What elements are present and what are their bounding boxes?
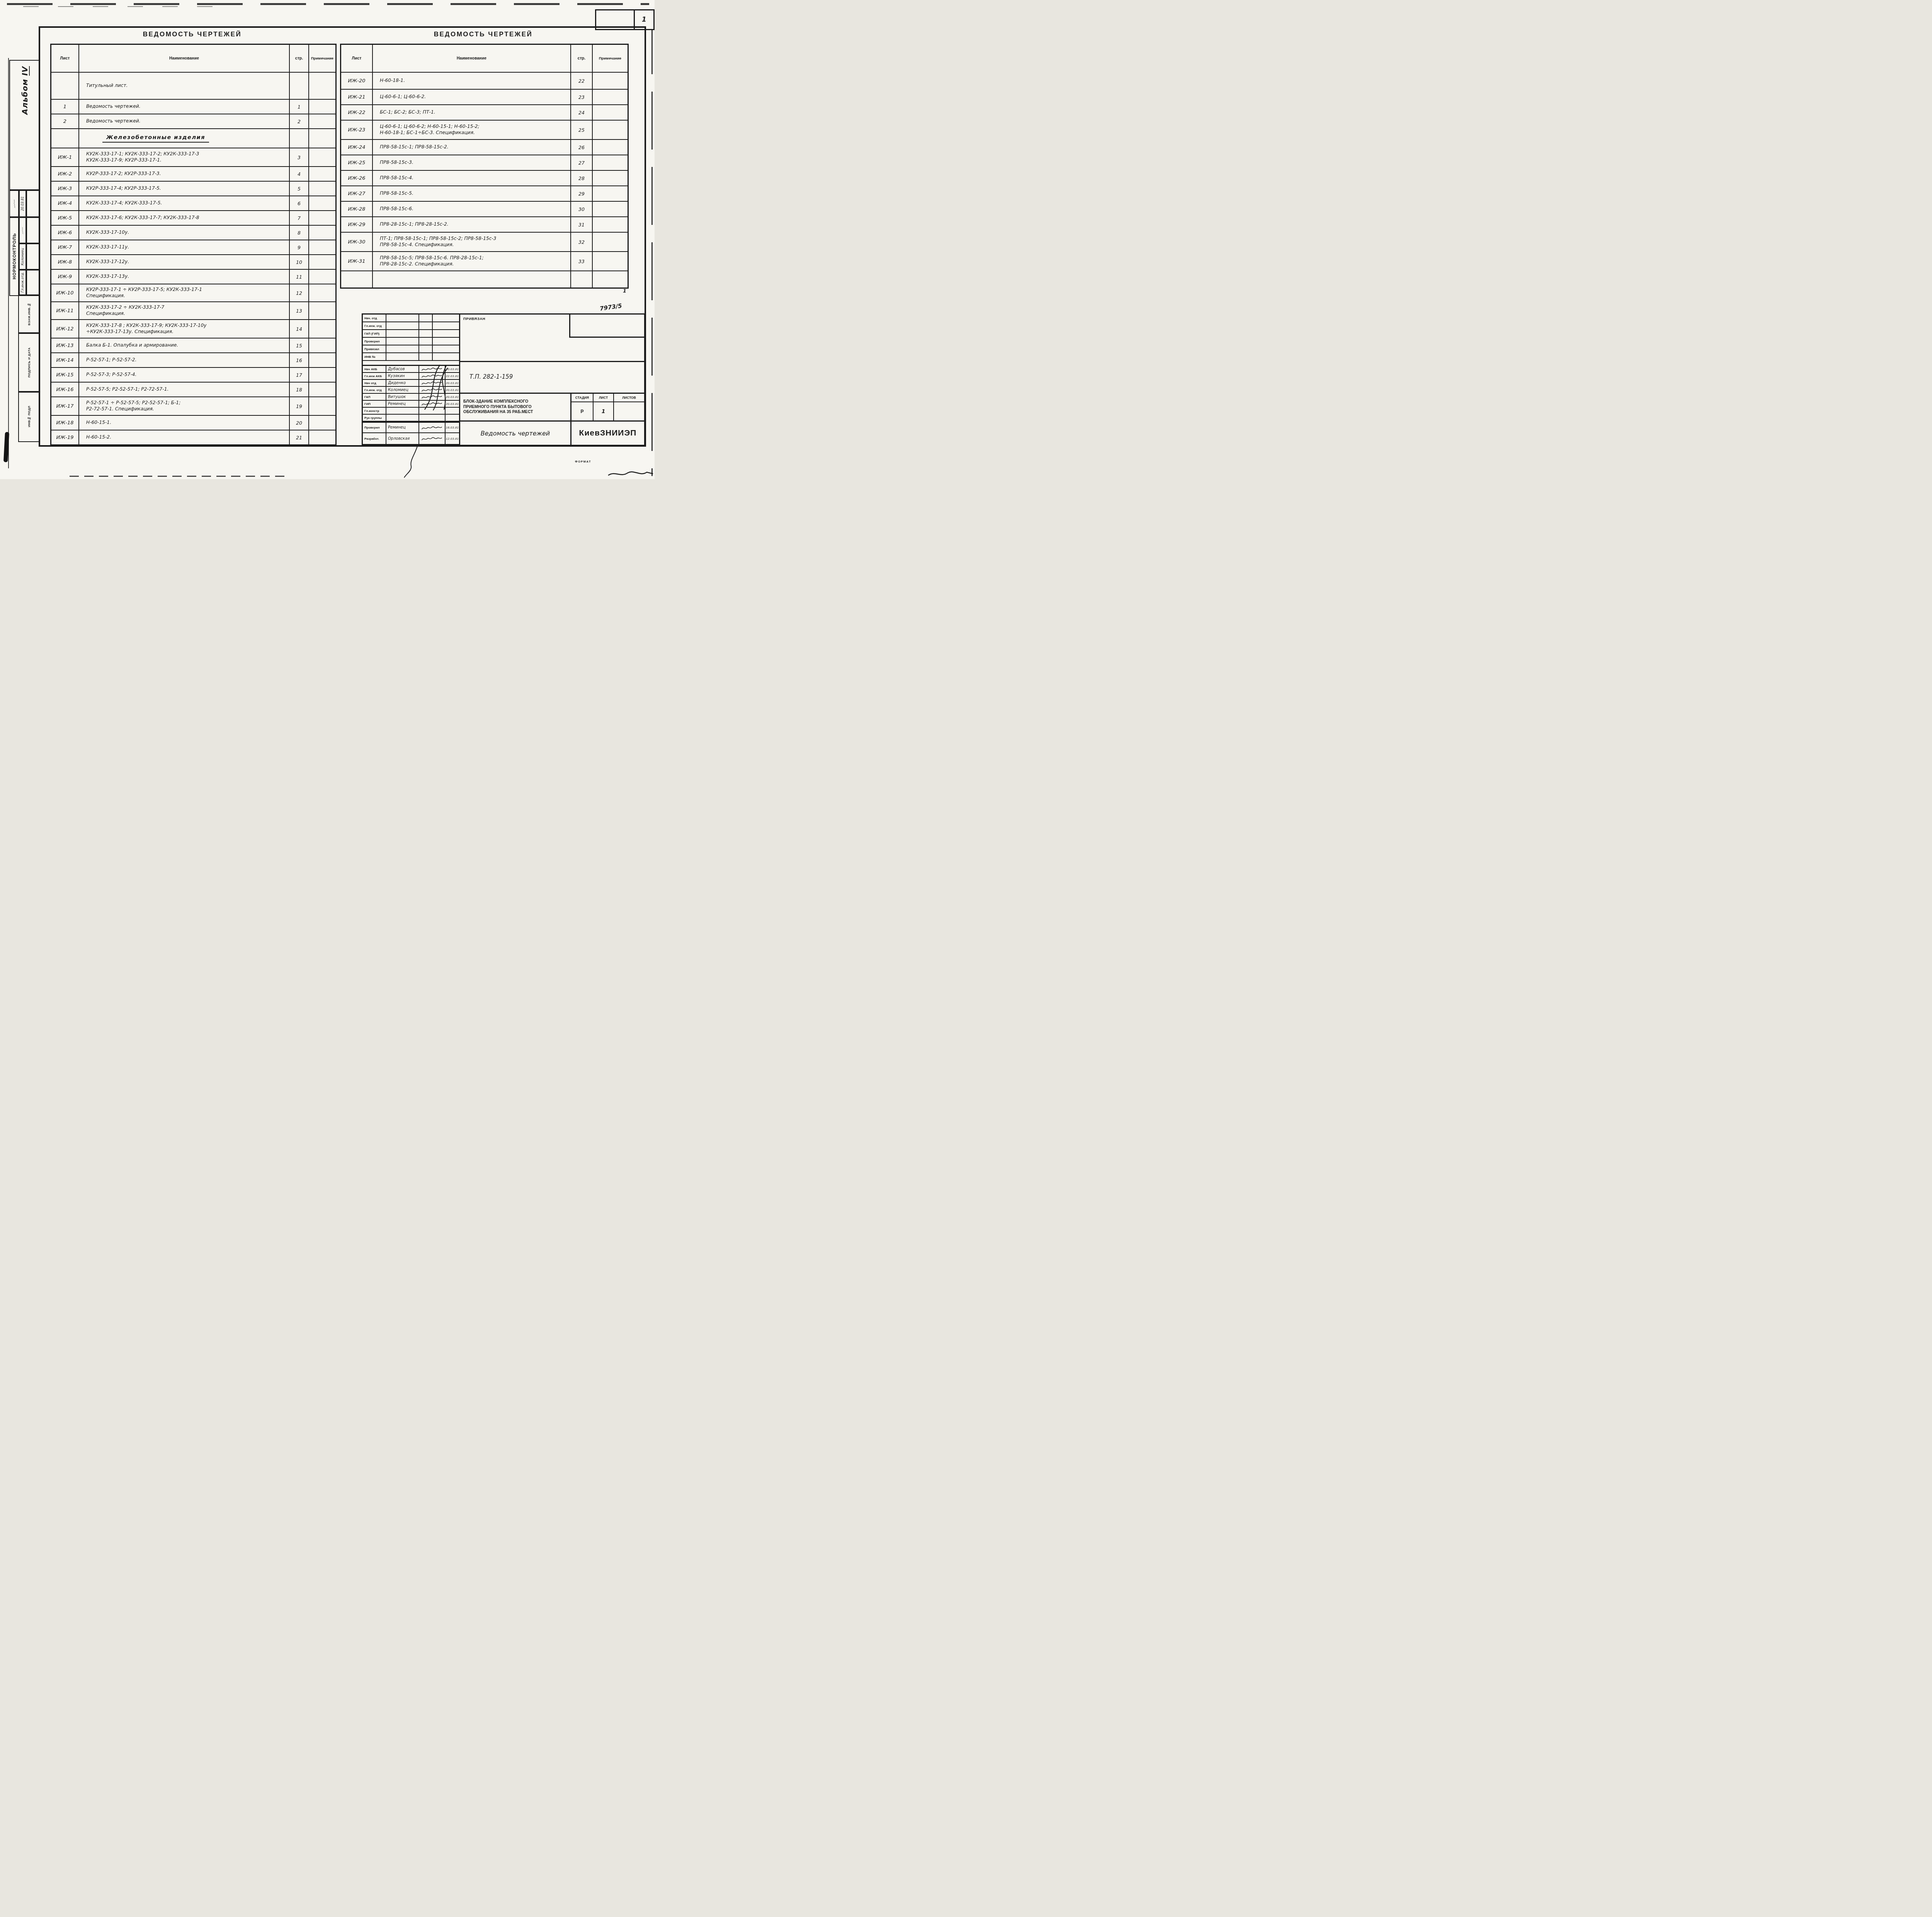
page-cell: 14 (289, 320, 308, 338)
page-cell: 5 (289, 182, 308, 196)
signature-icon (12, 199, 17, 208)
name-cell: БС-1; БС-2; БС-3; ПТ-1. (372, 105, 570, 120)
drawing-register-table-left: Лист Наименование стр. Примечание Титуль… (50, 44, 337, 446)
name-line: ПТ-1; ПР8-58-15с-1; ПР8-58-15с-2; ПР8-58… (380, 236, 568, 242)
approval-role: ГАП (ГИП) (363, 330, 386, 337)
page-cell (570, 271, 592, 287)
note-cell (308, 255, 335, 269)
podpis-data-box: ПОДПИСЬ И ДАТА (18, 332, 40, 393)
organization-name: КиевЗНИИЭП (570, 422, 644, 445)
page-cell: 4 (289, 167, 308, 181)
header-name: Наименование (78, 45, 289, 72)
scan-edge-left (8, 58, 9, 468)
stage-header-listov: ЛИСТОВ (613, 394, 644, 401)
page-cell (289, 129, 308, 148)
approval-empty-cell (432, 322, 459, 329)
sheet-code-cell: ИЖ-5 (51, 211, 78, 225)
table-row: ИЖ-14Р-52-57-1; Р-52-57-2.16 (51, 352, 335, 367)
name-line: Балка Б-1. Опалубка и армирование. (86, 342, 287, 349)
approval-empty-cell (386, 338, 418, 345)
sheet-code-cell: 1 (51, 100, 78, 114)
stage-header-stadiya: СТАДИЯ (571, 394, 593, 401)
name-cell: ПР8-58-15с-5. (372, 186, 570, 201)
sheet-code-cell: ИЖ-30 (341, 233, 372, 251)
note-cell (308, 167, 335, 181)
page-cell: 27 (570, 155, 592, 170)
table-row: ИЖ-9КУ2К-333-17-13у.11 (51, 269, 335, 284)
handwritten-mark: 1 (623, 288, 626, 294)
table-row: Титульный лист. (51, 72, 335, 99)
staff-role: Нач отд (363, 380, 386, 386)
name-line: ПР8-58-15с-5. (380, 191, 568, 197)
scan-edge-right (651, 16, 653, 476)
sheet-code-cell: ИЖ-29 (341, 217, 372, 232)
sheet-value: 1 (593, 402, 613, 420)
staff-name: Орловская (386, 433, 418, 444)
name-cell: ПР8-58-15с-4. (372, 171, 570, 185)
podpis-data-label: ПОДПИСЬ И ДАТА (27, 347, 31, 378)
name-line: Н-60-18-1; БС-1÷БС-3. Спецификация. (380, 130, 568, 136)
name-cell: ПР8-28-15с-1; ПР8-28-15с-2. (372, 217, 570, 232)
staff-role: Проверил (363, 423, 386, 432)
note-cell (308, 114, 335, 128)
approval-empty-cell (432, 345, 459, 352)
page-cell: 15 (289, 338, 308, 352)
name-cell: КУ2Р-333-17-1 ÷ КУ2Р-333-17-5; КУ2К-333-… (78, 284, 289, 301)
table-row: ИЖ-1КУ2К-333-17-1; КУ2К-333-17-2; КУ2К-3… (51, 148, 335, 166)
table-row: ИЖ-17Р-52-57-1 ÷ Р-52-57-5; Р2-52-57-1; … (51, 396, 335, 415)
name-line: Р2-72-57-1. Спецификация. (86, 406, 287, 412)
staff-role: ГАП (363, 394, 386, 400)
name-line: КУ2Р-333-17-2; КУ2Р-333-17-3. (86, 171, 287, 177)
name-line: КУ2К-333-17-1; КУ2К-333-17-2; КУ2К-333-1… (86, 151, 287, 157)
sheet-code-cell: ИЖ-6 (51, 226, 78, 240)
table-row: ИЖ-2КУ2Р-333-17-2; КУ2Р-333-17-3.4 (51, 166, 335, 181)
table-row: ИЖ-22БС-1; БС-2; БС-3; ПТ-1.24 (341, 104, 628, 120)
name-cell: Балка Б-1. Опалубка и армирование. (78, 338, 289, 352)
table-row: ИЖ-16Р-52-57-5; Р2-52-57-1; Р2-72-57-1.1… (51, 382, 335, 396)
page-cell: 25 (570, 121, 592, 139)
staff-date: 16.03.81 (445, 423, 459, 432)
approval-row: ГАП (ГИП) (363, 330, 459, 338)
name-cell: Ц-60-6-1; Ц-60-6-2. (372, 90, 570, 104)
approval-empty-cell (418, 330, 432, 337)
page-cell: 28 (570, 171, 592, 185)
table-row: 2Ведомость чертежей.2 (51, 114, 335, 128)
table-header-row: Лист Наименование стр. Примечание (341, 45, 628, 72)
note-cell (308, 182, 335, 196)
approval-role: Проверил (363, 338, 386, 345)
name-cell: КУ2К-333-17-4; КУ2К-333-17-5. (78, 196, 289, 210)
name-line: КУ2К-333-17-11у. (86, 244, 287, 250)
page-cell: 26 (570, 140, 592, 155)
name-line: Н-60-15-1. (86, 420, 287, 426)
project-name-line: БЛОК-ЗДАНИЕ КОМПЛЕКСНОГО (463, 399, 570, 405)
name-line: ПР8-58-15с-6. (380, 206, 568, 212)
page-cell: 22 (570, 73, 592, 89)
page-cell: 3 (289, 148, 308, 166)
name-line: КУ2Р-333-17-1 ÷ КУ2Р-333-17-5; КУ2К-333-… (86, 287, 287, 293)
approval-empty-cell (432, 353, 459, 360)
name-cell: КУ2К-333-17-2 ÷ КУ2К-333-17-7Спецификаци… (78, 302, 289, 319)
sheet-code-cell (341, 271, 372, 287)
staff-date: 12.03.81 (445, 433, 459, 444)
table-row: ИЖ-21Ц-60-6-1; Ц-60-6-2.23 (341, 89, 628, 104)
inv-podl-label: ИНВ№ ПОДЛ (27, 406, 31, 427)
name-cell: КУ2Р-333-17-2; КУ2Р-333-17-3. (78, 167, 289, 181)
name-cell: Р-52-57-1 ÷ Р-52-57-5; Р2-52-57-1; Б-1;Р… (78, 397, 289, 415)
sheet-code-cell: ИЖ-8 (51, 255, 78, 269)
normokontrol-role: Гл.инж.отд. (21, 272, 25, 293)
note-cell (308, 320, 335, 338)
sheet-code-cell: ИЖ-9 (51, 270, 78, 284)
note-cell (308, 368, 335, 382)
name-line: ПР8-58-15с-1; ПР8-58-15с-2. (380, 144, 568, 150)
name-line: Ведомость чертежей. (86, 104, 287, 110)
name-cell: КУ2К-333-17-11у. (78, 240, 289, 254)
header-name: Наименование (372, 45, 570, 72)
name-line: КУ2Р-333-17-4; КУ2Р-333-17-5. (86, 185, 287, 192)
stage-value-row: Р 1 (571, 402, 644, 420)
staff-name (386, 415, 418, 421)
name-line: ПР8-58-15с-4. (380, 175, 568, 181)
sheet-code-cell: ИЖ-31 (341, 252, 372, 270)
stage-header-row: СТАДИЯ ЛИСТ ЛИСТОВ (571, 394, 644, 402)
name-line: КУ2К-333-17-10у. (86, 230, 287, 236)
approval-empty-cell (386, 345, 418, 352)
project-name: БЛОК-ЗДАНИЕ КОМПЛЕКСНОГО ПРИЕМНОГО ПУНКТ… (460, 394, 570, 420)
name-line: КУ2К-333-17-12у. (86, 259, 287, 265)
margin-empty-cell (26, 216, 40, 244)
note-cell (308, 129, 335, 148)
sheet-code-cell: ИЖ-28 (341, 202, 372, 216)
table-row: ИЖ-25ПР8-58-15с-3.27 (341, 155, 628, 170)
note-cell (592, 186, 628, 201)
sheet-code-cell: ИЖ-16 (51, 383, 78, 396)
staff-role: Гл.инж АКБ (363, 373, 386, 379)
note-cell (308, 226, 335, 240)
name-line: ПР8-28-15с-1; ПР8-28-15с-2. (380, 221, 568, 228)
name-cell: КУ2К-333-17-13у. (78, 270, 289, 284)
sheet-code-cell: ИЖ-26 (341, 171, 372, 185)
name-line: Ведомость чертежей. (86, 118, 287, 124)
name-line: Р-52-57-1 ÷ Р-52-57-5; Р2-52-57-1; Б-1; (86, 400, 287, 406)
note-cell (592, 252, 628, 270)
name-cell: Р-52-57-5; Р2-52-57-1; Р2-72-57-1. (78, 383, 289, 396)
name-cell: КУ2Р-333-17-4; КУ2Р-333-17-5. (78, 182, 289, 196)
approval-empty-cell (418, 322, 432, 329)
note-cell (308, 302, 335, 319)
table-row: ИЖ-6КУ2К-333-17-10у.8 (51, 225, 335, 240)
sheet-code-cell (51, 73, 78, 99)
name-line: ПР8-58-15с-4. Спецификация. (380, 242, 568, 248)
header-page: стр. (570, 45, 592, 72)
name-line: КУ2К-333-17-6; КУ2К-333-17-7; КУ2К-333-1… (86, 215, 287, 221)
sheet-code-cell: ИЖ-17 (51, 397, 78, 415)
name-cell: Р-52-57-1; Р-52-57-2. (78, 353, 289, 367)
signature-icon (20, 227, 25, 234)
name-line: Н-60-15-2. (86, 434, 287, 441)
section-title: Железобетонные изделия (102, 134, 209, 143)
table-row: ИЖ-13Балка Б-1. Опалубка и армирование.1… (51, 338, 335, 352)
name-cell: Н-60-15-2. (78, 430, 289, 444)
table-row: ИЖ-26ПР8-58-15с-4.28 (341, 170, 628, 185)
page-cell: 32 (570, 233, 592, 251)
staff-role: Гл.констр (363, 408, 386, 414)
name-cell: ПР8-58-15с-1; ПР8-58-15с-2. (372, 140, 570, 155)
page-cell: 33 (570, 252, 592, 270)
name-cell: ПР8-58-15с-5; ПР8-58-15с-6. ПР8-28-15с-1… (372, 252, 570, 270)
page-cell: 20 (289, 416, 308, 430)
format-label: ФОРМАТ (575, 460, 591, 463)
page-cell: 29 (570, 186, 592, 201)
note-cell (308, 270, 335, 284)
type-project-number: Т.П. 282-1-159 (460, 361, 644, 394)
table-row: ИЖ-3КУ2Р-333-17-4; КУ2Р-333-17-5.5 (51, 181, 335, 196)
sheet-code-cell: ИЖ-14 (51, 353, 78, 367)
left-table-title: ВЕДОМОСТЬ ЧЕРТЕЖЕЙ (50, 29, 334, 39)
name-cell: Ц-60-6-1; Ц-60-6-2; Н-60-15-1; Н-60-15-2… (372, 121, 570, 139)
page-cell (289, 73, 308, 99)
note-cell (592, 155, 628, 170)
stage-value: Р (571, 402, 593, 420)
name-line: Р-52-57-3; Р-52-57-4. (86, 372, 287, 378)
note-cell (308, 430, 335, 444)
staff-signature-empty (418, 415, 445, 421)
section-row: Железобетонные изделия (51, 128, 335, 148)
page-cell: 10 (289, 255, 308, 269)
sheet-code-cell: ИЖ-2 (51, 167, 78, 181)
header-page: стр. (289, 45, 308, 72)
name-cell: КУ2К-333-17-8 ; КУ2К-333-17-9; КУ2К-333-… (78, 320, 289, 338)
name-line: ПР8-58-15с-3. (380, 160, 568, 166)
note-cell (592, 140, 628, 155)
note-cell (592, 202, 628, 216)
table-row: ИЖ-18Н-60-15-1.20 (51, 415, 335, 430)
privyazan-sub-box (569, 315, 644, 338)
document-title: Ведомость чертежей (460, 422, 570, 445)
margin-empty-cell (26, 243, 40, 270)
sheets-total-value (613, 402, 644, 420)
name-cell: ПР8-58-15с-6. (372, 202, 570, 216)
approval-empty-cell (386, 353, 418, 360)
normokontrol-name: Коломиец (21, 248, 25, 265)
staff-row: ПроверилРеминец16.03.81 (363, 422, 459, 433)
name-cell: ПР8-58-15с-3. (372, 155, 570, 170)
page-cell: 21 (289, 430, 308, 444)
staff-role: ГИП (363, 401, 386, 407)
note-cell (592, 271, 628, 287)
approval-row: Гл.инж. отд (363, 322, 459, 330)
note-cell (592, 90, 628, 104)
table-row: ИЖ-31ПР8-58-15с-5; ПР8-58-15с-6. ПР8-28-… (341, 251, 628, 270)
name-line: ПР8-28-15с-2. Спецификация. (380, 261, 568, 267)
margin-date: 20.03.81 (21, 196, 25, 211)
name-cell: Ведомость чертежей. (78, 100, 289, 114)
approval-role: Привязал (363, 345, 386, 352)
margin-empty-cell (26, 189, 40, 218)
page-cell: 30 (570, 202, 592, 216)
staff-signature (418, 433, 445, 444)
note-cell (592, 171, 628, 185)
normokontrol-label: НОРМОКОНТРОЛЬ (12, 233, 17, 279)
project-name-line: ОБСЛУЖИВАНИЯ НА 35 РАБ.МЕСТ (463, 410, 570, 415)
table-row: ИЖ-4КУ2К-333-17-4; КУ2К-333-17-5.6 (51, 196, 335, 210)
stage-header-list: ЛИСТ (593, 394, 613, 401)
table-row: ИЖ-5КУ2К-333-17-6; КУ2К-333-17-7; КУ2К-3… (51, 210, 335, 225)
header-list: Лист (341, 45, 372, 72)
table-row: ИЖ-24ПР8-58-15с-1; ПР8-58-15с-2.26 (341, 139, 628, 155)
name-cell (372, 271, 570, 287)
drawing-register-table-right: Лист Наименование стр. Примечание ИЖ-20Н… (340, 44, 629, 289)
note-cell (308, 338, 335, 352)
note-cell (592, 121, 628, 139)
name-line: ÷КУ2К-333-17-13у. Спецификация. (86, 329, 287, 335)
table-row: ИЖ-10КУ2Р-333-17-1 ÷ КУ2Р-333-17-5; КУ2К… (51, 284, 335, 301)
note-cell (592, 233, 628, 251)
name-cell: Н-60-15-1. (78, 416, 289, 430)
sheet-code-cell: ИЖ-12 (51, 320, 78, 338)
approval-row: Нач. отд (363, 315, 459, 322)
sheet-code-cell: ИЖ-13 (51, 338, 78, 352)
name-cell: Ведомость чертежей. (78, 114, 289, 128)
scan-squiggle-bottom-right (607, 468, 654, 478)
signature-stray-tail (393, 443, 432, 479)
name-line: Титульный лист. (86, 83, 287, 89)
approval-empty-cell (386, 330, 418, 337)
sheet-code-cell: 2 (51, 114, 78, 128)
name-line: КУ2К-333-17-8 ; КУ2К-333-17-9; КУ2К-333-… (86, 323, 287, 329)
note-cell (308, 211, 335, 225)
approval-row: Привязал (363, 345, 459, 353)
sheet-code-cell: ИЖ-25 (341, 155, 372, 170)
sheet-code-cell: ИЖ-15 (51, 368, 78, 382)
scan-edge-top (7, 3, 649, 5)
name-line: КУ2К-333-17-9; КУ2Р-333-17-1. (86, 157, 287, 163)
drawing-sheet: 1 Альбом IV 20.03.81 НОРМОКОНТРОЛЬ Колом… (0, 0, 655, 479)
page-cell: 18 (289, 383, 308, 396)
header-note: Примечание (308, 45, 335, 72)
header-list: Лист (51, 45, 78, 72)
approval-empty-cell (418, 353, 432, 360)
table-row: ИЖ-8КУ2К-333-17-12у.10 (51, 254, 335, 269)
table-row: ИЖ-15Р-52-57-3; Р-52-57-4.17 (51, 367, 335, 382)
album-label: Альбом IV (20, 66, 29, 115)
table-row: ИЖ-20Н-60-18-1.22 (341, 72, 628, 89)
table-row: 1Ведомость чертежей.1 (51, 99, 335, 114)
name-line: Р-52-57-5; Р2-52-57-1; Р2-72-57-1. (86, 386, 287, 393)
table-row (341, 270, 628, 287)
approval-empty-cell (432, 330, 459, 337)
name-line: БС-1; БС-2; БС-3; ПТ-1. (380, 109, 568, 116)
album-box: Альбом IV (9, 60, 40, 191)
approval-row: ИНВ № (363, 353, 459, 361)
table-row: ИЖ-11КУ2К-333-17-2 ÷ КУ2К-333-17-7Специф… (51, 301, 335, 319)
vzam-inv-label: ВЗАМ.ИНВ.№ (27, 303, 31, 325)
right-table-title: ВЕДОМОСТЬ ЧЕРТЕЖЕЙ (340, 29, 626, 39)
sheet-code-cell: ИЖ-4 (51, 196, 78, 210)
note-cell (308, 148, 335, 166)
privyazan-area: ПРИВЯЗАН (460, 315, 644, 362)
scan-edge-top-faint (23, 6, 216, 7)
sheet-code-cell: ИЖ-7 (51, 240, 78, 254)
name-line: ПР8-58-15с-5; ПР8-58-15с-6. ПР8-28-15с-1… (380, 255, 568, 261)
approval-empty-cell (418, 315, 432, 321)
name-cell: ПТ-1; ПР8-58-15с-1; ПР8-58-15с-2; ПР8-58… (372, 233, 570, 251)
sheet-code-cell: ИЖ-1 (51, 148, 78, 166)
margin-empty-cell (26, 269, 40, 296)
title-block-right: ПРИВЯЗАН Т.П. 282-1-159 БЛОК-ЗДАНИЕ КОМП… (459, 315, 644, 445)
page-cell: 12 (289, 284, 308, 301)
vzam-inv-box: ВЗАМ.ИНВ.№ (18, 294, 40, 334)
stage-table: СТАДИЯ ЛИСТ ЛИСТОВ Р 1 (570, 394, 644, 420)
table-row: ИЖ-29ПР8-28-15с-1; ПР8-28-15с-2.31 (341, 216, 628, 232)
approval-row: Проверил (363, 338, 459, 345)
staff-date (445, 415, 459, 421)
name-line: КУ2К-333-17-2 ÷ КУ2К-333-17-7 (86, 304, 287, 311)
staff-row: Рук группы (363, 415, 459, 422)
approval-empty-cell (418, 345, 432, 352)
scan-edge-bottom (70, 476, 290, 477)
page-cell: 24 (570, 105, 592, 120)
page-cell: 6 (289, 196, 308, 210)
name-line: Ц-60-6-1; Ц-60-6-2; Н-60-15-1; Н-60-15-2… (380, 124, 568, 130)
sheet-code-cell: ИЖ-20 (341, 73, 372, 89)
approval-empty-cell (432, 315, 459, 321)
page-cell: 8 (289, 226, 308, 240)
page-cell: 2 (289, 114, 308, 128)
sheet-code-cell: ИЖ-18 (51, 416, 78, 430)
page-cell: 23 (570, 90, 592, 104)
approval-empty-cell (386, 322, 418, 329)
name-cell: Железобетонные изделия (78, 129, 289, 148)
project-name-line: ПРИЕМНОГО ПУНКТА БЫТОВОГО (463, 405, 570, 410)
sheet-code-cell: ИЖ-23 (341, 121, 372, 139)
signature-flourish (413, 362, 459, 411)
approval-role: Нач. отд (363, 315, 386, 321)
note-cell (308, 284, 335, 301)
sheet-code-cell: ИЖ-24 (341, 140, 372, 155)
title-block-bottom: Ведомость чертежей КиевЗНИИЭП (460, 422, 644, 445)
project-area: БЛОК-ЗДАНИЕ КОМПЛЕКСНОГО ПРИЕМНОГО ПУНКТ… (460, 394, 644, 422)
sheet-code-cell: ИЖ-11 (51, 302, 78, 319)
name-line: КУ2К-333-17-13у. (86, 274, 287, 280)
note-cell (308, 100, 335, 114)
note-cell (592, 217, 628, 232)
approval-role: ИНВ № (363, 353, 386, 360)
page-cell: 16 (289, 353, 308, 367)
inv-podl-box: ИНВ№ ПОДЛ (18, 391, 40, 442)
table-row: ИЖ-12КУ2К-333-17-8 ; КУ2К-333-17-9; КУ2К… (51, 319, 335, 338)
note-cell (592, 105, 628, 120)
table-row: ИЖ-23Ц-60-6-1; Ц-60-6-2; Н-60-15-1; Н-60… (341, 120, 628, 139)
page-cell: 1 (289, 100, 308, 114)
privyazan-label: ПРИВЯЗАН (463, 317, 485, 321)
sheet-code-cell: ИЖ-21 (341, 90, 372, 104)
note-cell (308, 397, 335, 415)
name-line: Р-52-57-1; Р-52-57-2. (86, 357, 287, 363)
page-cell: 19 (289, 397, 308, 415)
sheet-code-cell: ИЖ-22 (341, 105, 372, 120)
name-cell: КУ2К-333-17-12у. (78, 255, 289, 269)
page-cell: 17 (289, 368, 308, 382)
sheet-code-cell: ИЖ-27 (341, 186, 372, 201)
note-cell (308, 73, 335, 99)
note-cell (308, 353, 335, 367)
table-header-row: Лист Наименование стр. Примечание (51, 45, 335, 72)
name-cell: КУ2К-333-17-1; КУ2К-333-17-2; КУ2К-333-1… (78, 148, 289, 166)
staff-role: Рук группы (363, 415, 386, 421)
